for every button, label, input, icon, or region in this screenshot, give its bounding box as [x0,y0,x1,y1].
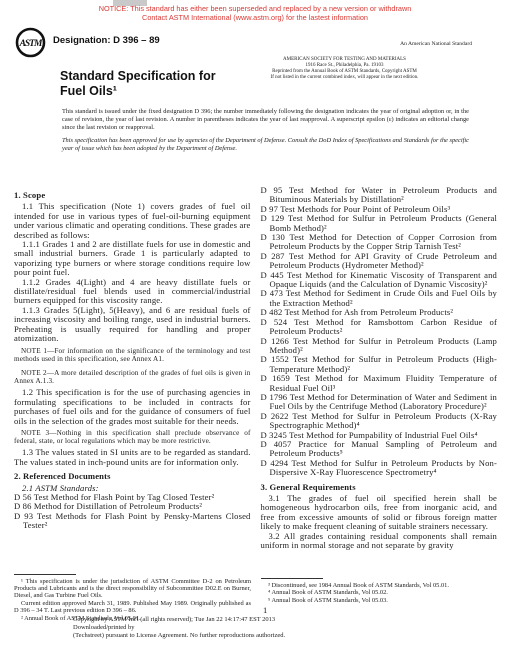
footnote-line: ¹ This specification is under the jurisd… [14,578,251,600]
text-block: 1.2 This specification is for the use of… [14,388,251,426]
text-block: D 524 Test Method for Ramsbottom Carbon … [261,318,498,337]
document-title-line2: Fuel Oils¹ [60,84,216,99]
right-footnotes: ³ Discontinued, see 1984 Annual Book of … [261,578,498,604]
text-block: 3.2 All grades containing residual compo… [261,532,498,551]
copyright-stamp: Copyright by ASTM Int'l (all rights rese… [73,616,285,640]
publisher-block: AMERICAN SOCIETY FOR TESTING AND MATERIA… [252,57,437,81]
text-block: NOTE 3—Nothing in this specification sha… [14,429,251,445]
footnote-line: Current edition approved March 31, 1989.… [14,600,251,615]
text-block: 3.1 The grades of fuel oil specified her… [261,494,498,532]
footnote-line: ⁵ Annual Book of ASTM Standards, Vol 05.… [261,597,498,604]
text-block: D 4294 Test Method for Sulfur in Petrole… [261,459,498,478]
copyright-line3: (Techstreet) pursuant to License Agreeme… [73,632,285,640]
text-block: 1.1.2 Grades 4(Light) and 4 are heavy di… [14,278,251,306]
footnote-line: ³ Discontinued, see 1984 Annual Book of … [261,582,498,589]
text-block: 1.1.1 Grades 1 and 2 are distillate fuel… [14,240,251,278]
text-block: 1.1 This specification (Note 1) covers g… [14,202,251,240]
text-block: NOTE 1—For information on the significan… [14,347,251,363]
text-block: D 287 Test Method for API Gravity of Cru… [261,252,498,271]
document-title-line1: Standard Specification for [60,69,216,84]
text-block: 3. General Requirements [261,483,498,492]
left-column: 1. Scope 1.1 This specification (Note 1)… [14,186,251,622]
text-block: D 1659 Test Method for Maximum Fluidity … [261,374,498,393]
publisher-index-note: If not listed in the current combined in… [252,75,437,81]
text-block: 1.3 The values stated in SI units are to… [14,448,251,467]
text-block: 2. Referenced Documents [14,472,251,481]
text-block: 1. Scope [14,191,251,200]
designation-label: Designation: D 396 – 89 [53,35,160,46]
superseded-notice-line2: Contact ASTM International (www.astm.org… [0,14,510,23]
text-block: 1.1.3 Grades 5(Light), 5(Heavy), and 6 a… [14,306,251,344]
page-number: 1 [263,605,267,615]
document-page: NOTICE: This standard has either been su… [0,0,510,660]
document-title: Standard Specification for Fuel Oils¹ [60,69,216,98]
text-block: D 445 Test Method for Kinematic Viscosit… [261,271,498,290]
preamble-issued-paragraph: This standard is issued under the fixed … [62,108,469,132]
preamble: This standard is issued under the fixed … [62,108,469,153]
text-block: D 1796 Test Method for Determination of … [261,393,498,412]
svg-text:ASTM: ASTM [19,39,43,49]
text-block: D 129 Test Method for Sulfur in Petroleu… [261,214,498,233]
text-block: D 4057 Practice for Manual Sampling of P… [261,440,498,459]
text-block: D 473 Test Method for Sediment in Crude … [261,289,498,308]
text-block: D 93 Test Methods for Flash Point by Pen… [14,512,251,531]
text-block: D 2622 Test Method for Sulfur in Petrole… [261,412,498,431]
text-block: D 1266 Test Method for Sulfur in Petrole… [261,337,498,356]
footnote-rule [14,574,76,575]
national-standard-label: An American National Standard [400,41,472,47]
body-columns: 1. Scope 1.1 This specification (Note 1)… [14,186,497,622]
copyright-line1: Copyright by ASTM Int'l (all rights rese… [73,616,285,624]
text-block: D 95 Test Method for Water in Petroleum … [261,186,498,205]
text-block: NOTE 2—A more detailed description of th… [14,369,251,385]
footnote-rule [261,578,323,579]
preamble-dod-paragraph: This specification has been approved for… [62,137,469,153]
text-block: D 130 Test Method for Detection of Coppe… [261,233,498,252]
right-column: D 95 Test Method for Water in Petroleum … [261,186,498,622]
copyright-line2: Downloaded/printed by [73,624,285,632]
astm-logo: ASTM [15,27,46,58]
text-block: D 1552 Test Method for Sulfur in Petrole… [261,355,498,374]
superseded-notice: NOTICE: This standard has either been su… [0,5,510,23]
footnote-line: ⁴ Annual Book of ASTM Standards, Vol 05.… [261,589,498,596]
left-footnotes: ¹ This specification is under the jurisd… [14,574,251,622]
